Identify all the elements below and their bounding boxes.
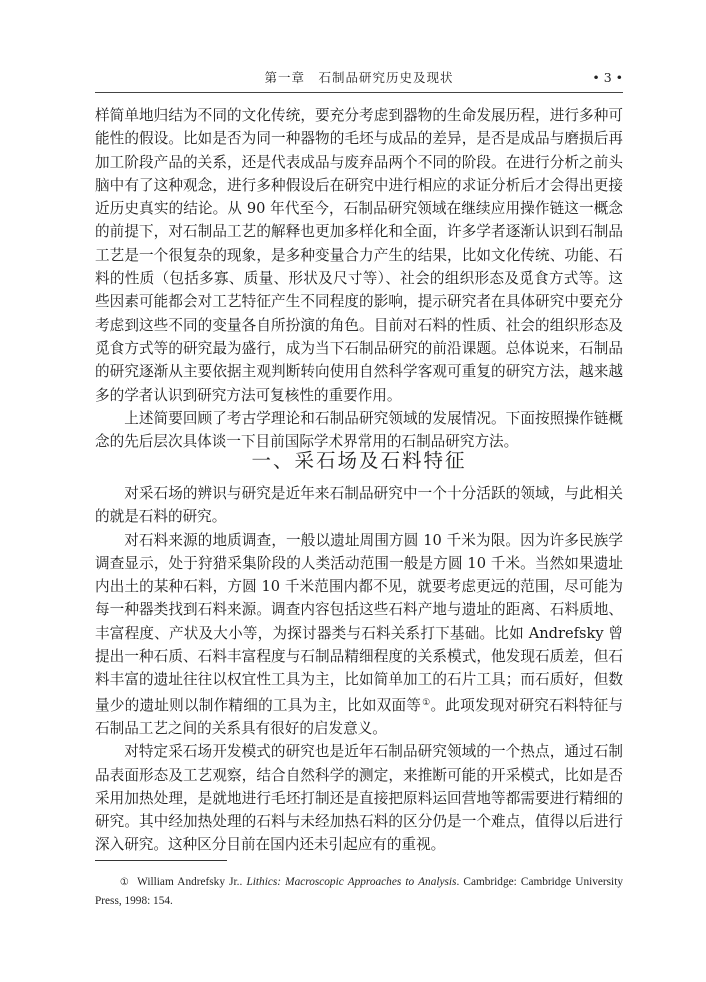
paragraph: 上述简要回顾了考古学理论和石制品研究领域的发展情况。下面按照操作链概念的先后层次… (95, 407, 623, 454)
footnote-mark: ① (120, 877, 130, 888)
chapter-title: 第一章 石制品研究历史及现状 (95, 66, 623, 90)
footnote-book-title: Lithics: Macroscopic Approaches to Analy… (246, 876, 456, 888)
running-head: 第一章 石制品研究历史及现状 • 3 • (95, 66, 623, 90)
footnote-item: ①William Andrefsky Jr.. Lithics: Macrosc… (95, 873, 623, 910)
page-number: • 3 • (592, 66, 623, 90)
footnote-author: William Andrefsky Jr.. (137, 876, 246, 888)
paragraph-with-footnote: 对石料来源的地质调查，一般以遗址周围方圆 10 千米为限。因为许多民族学调查显示… (95, 529, 623, 741)
paragraph: 样简单地归结为不同的文化传统，要充分考虑到器物的生命发展历程，进行多种可能性的假… (95, 104, 623, 407)
header-rule (95, 92, 623, 93)
paragraph-text: 对石料来源的地质调查，一般以遗址周围方圆 10 千米为限。因为许多民族学调查显示… (95, 532, 623, 714)
body-text-block-1: 样简单地归结为不同的文化传统，要充分考虑到器物的生命发展历程，进行多种可能性的假… (95, 104, 623, 453)
paragraph: 对特定采石场开发模式的研究也是近年石制品研究领域的一个热点，通过石制品表面形态及… (95, 740, 623, 856)
section-heading: 一、采石场及石料特征 (95, 448, 623, 474)
footnotes: ①William Andrefsky Jr.. Lithics: Macrosc… (95, 873, 623, 910)
footnote-separator (95, 860, 227, 861)
body-text-block-2: 对采石场的辨识与研究是近年来石制品研究中一个十分活跃的领域，与此相关的就是石料的… (95, 482, 623, 857)
paragraph: 对采石场的辨识与研究是近年来石制品研究中一个十分活跃的领域，与此相关的就是石料的… (95, 482, 623, 529)
